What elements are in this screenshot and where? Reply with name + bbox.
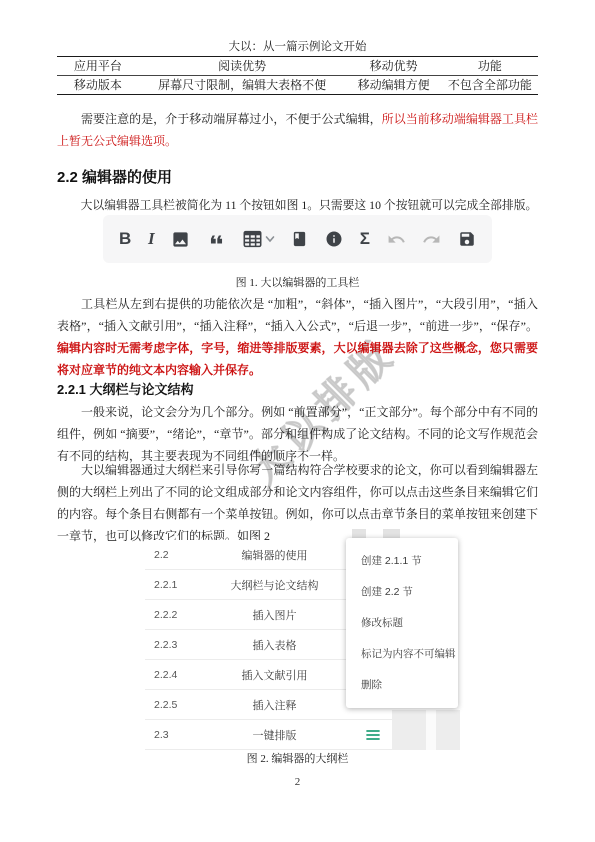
table-header-mobile: 移动优势 bbox=[346, 57, 442, 76]
table-header-function: 功能 bbox=[442, 57, 538, 76]
outline-row-number: 2.2.5 bbox=[145, 699, 195, 711]
paragraph-toolbar-functions: 工具栏从左到右提供的功能依次是 “加粗”，“斜体”，“插入图片”，“大段引用”，… bbox=[57, 293, 538, 381]
outline-row-label: 插入文献引用 bbox=[195, 667, 354, 683]
italic-icon: I bbox=[148, 229, 155, 249]
screenshot-fragment bbox=[352, 529, 366, 538]
annotation-info-icon bbox=[325, 230, 343, 248]
paragraph-structure: 一般来说，论文会分为几个部分。例如 “前置部分”，“正文部分”。每个部分中有不同… bbox=[57, 401, 538, 467]
table-header-reading: 阅读优势 bbox=[139, 57, 346, 76]
outline-row-label: 插入表格 bbox=[195, 637, 354, 653]
chevron-down-icon bbox=[265, 234, 275, 244]
formula-sigma-icon: Σ bbox=[360, 229, 370, 249]
table-cell: 屏幕尺寸限制，编辑大表格不便 bbox=[139, 76, 346, 95]
paragraph-text: 需要注意的是，介于移动端屏幕过小，不便于公式编辑， bbox=[81, 112, 382, 126]
outline-row-label: 编辑器的使用 bbox=[195, 547, 354, 563]
figure1-toolbar-image: B I Σ bbox=[103, 215, 492, 263]
screenshot-fragment bbox=[383, 529, 400, 538]
outline-row-label: 插入注释 bbox=[195, 697, 354, 713]
outline-row-label: 一键排版 bbox=[195, 727, 354, 743]
outline-row-number: 2.2.2 bbox=[145, 609, 195, 621]
menu-item-create-section: 创建 2.2 节 bbox=[346, 585, 458, 599]
outline-row-number: 2.2.1 bbox=[145, 579, 195, 591]
page-number: 2 bbox=[0, 776, 595, 788]
menu-item-rename: 修改标题 bbox=[346, 616, 458, 630]
outline-row-number: 2.2.3 bbox=[145, 639, 195, 651]
redo-icon bbox=[422, 230, 441, 249]
insert-image-icon bbox=[171, 230, 190, 249]
paragraph-toolbar-intro: 大以编辑器工具栏被简化为 11 个按钮如图 1。只需要这 10 个按钮就可以完成… bbox=[57, 194, 538, 216]
platform-comparison-table: 应用平台 阅读优势 移动优势 功能 移动版本 屏幕尺寸限制，编辑大表格不便 移动… bbox=[57, 56, 538, 95]
running-head: 大以：从一篇示例论文开始 bbox=[0, 38, 595, 54]
figure2-caption: 图 2. 编辑器的大纲栏 bbox=[0, 750, 595, 766]
section-heading-2-2: 2.2 编辑器的使用 bbox=[57, 166, 172, 187]
outline-row-label: 插入图片 bbox=[195, 607, 354, 623]
menu-item-delete: 删除 bbox=[346, 678, 458, 692]
menu-item-mark-readonly: 标记为内容不可编辑 bbox=[346, 647, 458, 661]
citation-book-icon bbox=[291, 230, 308, 248]
figure2-outline-screenshot: 2.2 编辑器的使用 2.2.1 大纲栏与论文结构 2.2.2 插入图片 2.2… bbox=[145, 538, 460, 750]
outline-row-label: 大纲栏与论文结构 bbox=[195, 577, 354, 593]
save-icon bbox=[458, 230, 476, 248]
screenshot-fragment bbox=[426, 710, 436, 750]
outline-row-number: 2.3 bbox=[145, 729, 195, 741]
paragraph-text: 工具栏从左到右提供的功能依次是 “加粗”，“斜体”，“插入图片”，“大段引用”，… bbox=[57, 297, 538, 333]
table-header-platform: 应用平台 bbox=[57, 57, 139, 76]
context-menu: 创建 2.1.1 节 创建 2.2 节 修改标题 标记为内容不可编辑 删除 bbox=[346, 538, 458, 708]
outline-row-number: 2.2 bbox=[145, 549, 195, 561]
table-cell: 移动版本 bbox=[57, 76, 139, 95]
table-cell: 移动编辑方便 bbox=[346, 76, 442, 95]
figure1-caption: 图 1. 大以编辑器的工具栏 bbox=[0, 274, 595, 290]
format-list-icon bbox=[366, 729, 380, 741]
table-cell: 不包含全部功能 bbox=[442, 76, 538, 95]
paragraph-outline: 大以编辑器通过大纲栏来引导你写一篇结构符合学校要求的论文，你可以看到编辑器左侧的… bbox=[57, 459, 538, 547]
outline-row-number: 2.2.4 bbox=[145, 669, 195, 681]
outline-row: 2.3 一键排版 bbox=[145, 720, 392, 750]
paragraph-text-red-bold: 编辑内容时无需考虑字体，字号，缩进等排版要素，大以编辑器去除了这些概念，您只需要… bbox=[57, 341, 538, 377]
blockquote-icon bbox=[207, 230, 226, 249]
bold-icon: B bbox=[119, 229, 131, 249]
menu-item-create-subsection: 创建 2.1.1 节 bbox=[346, 554, 458, 568]
undo-icon bbox=[387, 230, 406, 249]
insert-table-icon bbox=[243, 230, 275, 248]
document-page: 大以排版 大以：从一篇示例论文开始 应用平台 阅读优势 移动优势 功能 移动版本… bbox=[0, 0, 595, 842]
section-heading-2-2-1: 2.2.1 大纲栏与论文结构 bbox=[57, 379, 194, 398]
paragraph-note: 需要注意的是，介于移动端屏幕过小，不便于公式编辑，所以当前移动端编辑器工具栏上暂… bbox=[57, 108, 538, 152]
table-row: 移动版本 屏幕尺寸限制，编辑大表格不便 移动编辑方便 不包含全部功能 bbox=[57, 76, 538, 95]
table-header-row: 应用平台 阅读优势 移动优势 功能 bbox=[57, 57, 538, 76]
